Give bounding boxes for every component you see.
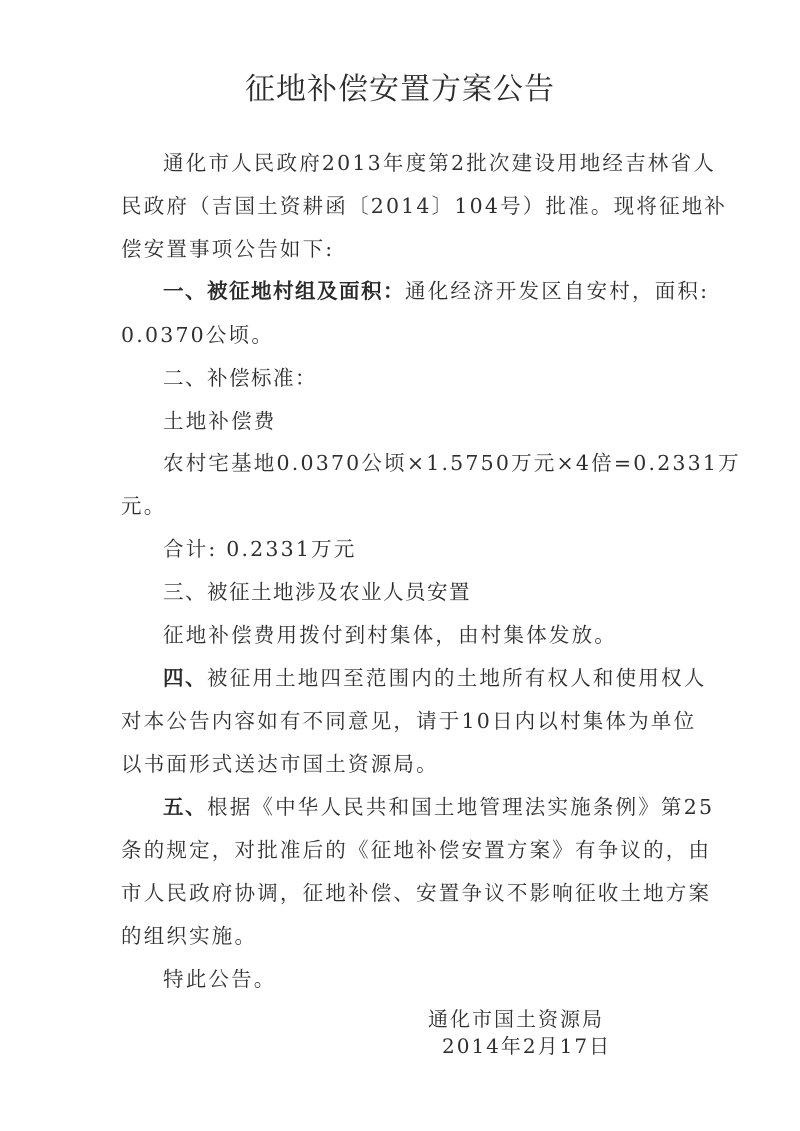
intro-line-1: 通化市人民政府2013年度第2批次建设用地经吉林省人 xyxy=(163,149,716,177)
section-1-text: 通化经济开发区自安村，面积: xyxy=(405,279,709,303)
section-2-calc-line-1: 农村宅基地0.0370公顷×1.5750万元×4倍=0.2331万 xyxy=(163,449,741,477)
section-1: 一、被征地村组及面积：通化经济开发区自安村，面积: xyxy=(163,277,709,305)
section-4-line-3: 以书面形式送达市国土资源局。 xyxy=(121,750,439,778)
section-1-heading: 一、被征地村组及面积： xyxy=(163,279,405,303)
document-title: 征地补偿安置方案公告 xyxy=(0,70,800,110)
section-3-heading: 三、被征土地涉及农业人员安置 xyxy=(163,578,471,606)
section-4-line-1: 四、被征用土地四至范围内的土地所有权人和使用权人 xyxy=(163,664,706,692)
document-page: 征地补偿安置方案公告 通化市人民政府2013年度第2批次建设用地经吉林省人 民政… xyxy=(0,0,800,1131)
section-2-total: 合计: 0.2331万元 xyxy=(163,535,357,563)
section-2-heading: 二、补偿标准： xyxy=(163,364,317,392)
section-1-cont: 0.0370公顷。 xyxy=(121,321,274,349)
section-2-calc-line-2: 元。 xyxy=(121,492,166,520)
section-3-text: 征地补偿费用拨付到村集体，由村集体发放。 xyxy=(163,621,617,649)
section-5-line-2: 条的规定，对批准后的《征地补偿安置方案》有争议的，由 xyxy=(121,836,711,864)
intro-line-3: 偿安置事项公告如下: xyxy=(121,235,334,263)
section-4-heading: 四、 xyxy=(163,666,207,690)
section-5-line-1: 五、根据《中华人民共和国土地管理法实施条例》第25 xyxy=(163,793,714,821)
section-4-line-2: 对本公告内容如有不同意见，请于10日内以村集体为单位 xyxy=(121,707,696,735)
closing-text: 特此公告。 xyxy=(163,965,277,993)
section-5-line-4: 的组织实施。 xyxy=(121,922,257,950)
intro-line-2: 民政府（吉国土资耕函〔2014〕104号）批准。现将征地补 xyxy=(121,192,727,220)
signature-date: 2014年2月17日 xyxy=(442,1032,611,1060)
section-2-subheading: 土地补偿费 xyxy=(163,407,277,435)
section-5-line-3: 市人民政府协调，征地补偿、安置争议不影响征收土地方案 xyxy=(121,879,711,907)
section-5-text: 根据《中华人民共和国土地管理法实施条例》第25 xyxy=(207,795,714,819)
section-5-heading: 五、 xyxy=(163,795,207,819)
signature-issuer: 通化市国土资源局 xyxy=(428,1005,604,1033)
section-4-text: 被征用土地四至范围内的土地所有权人和使用权人 xyxy=(207,666,706,690)
